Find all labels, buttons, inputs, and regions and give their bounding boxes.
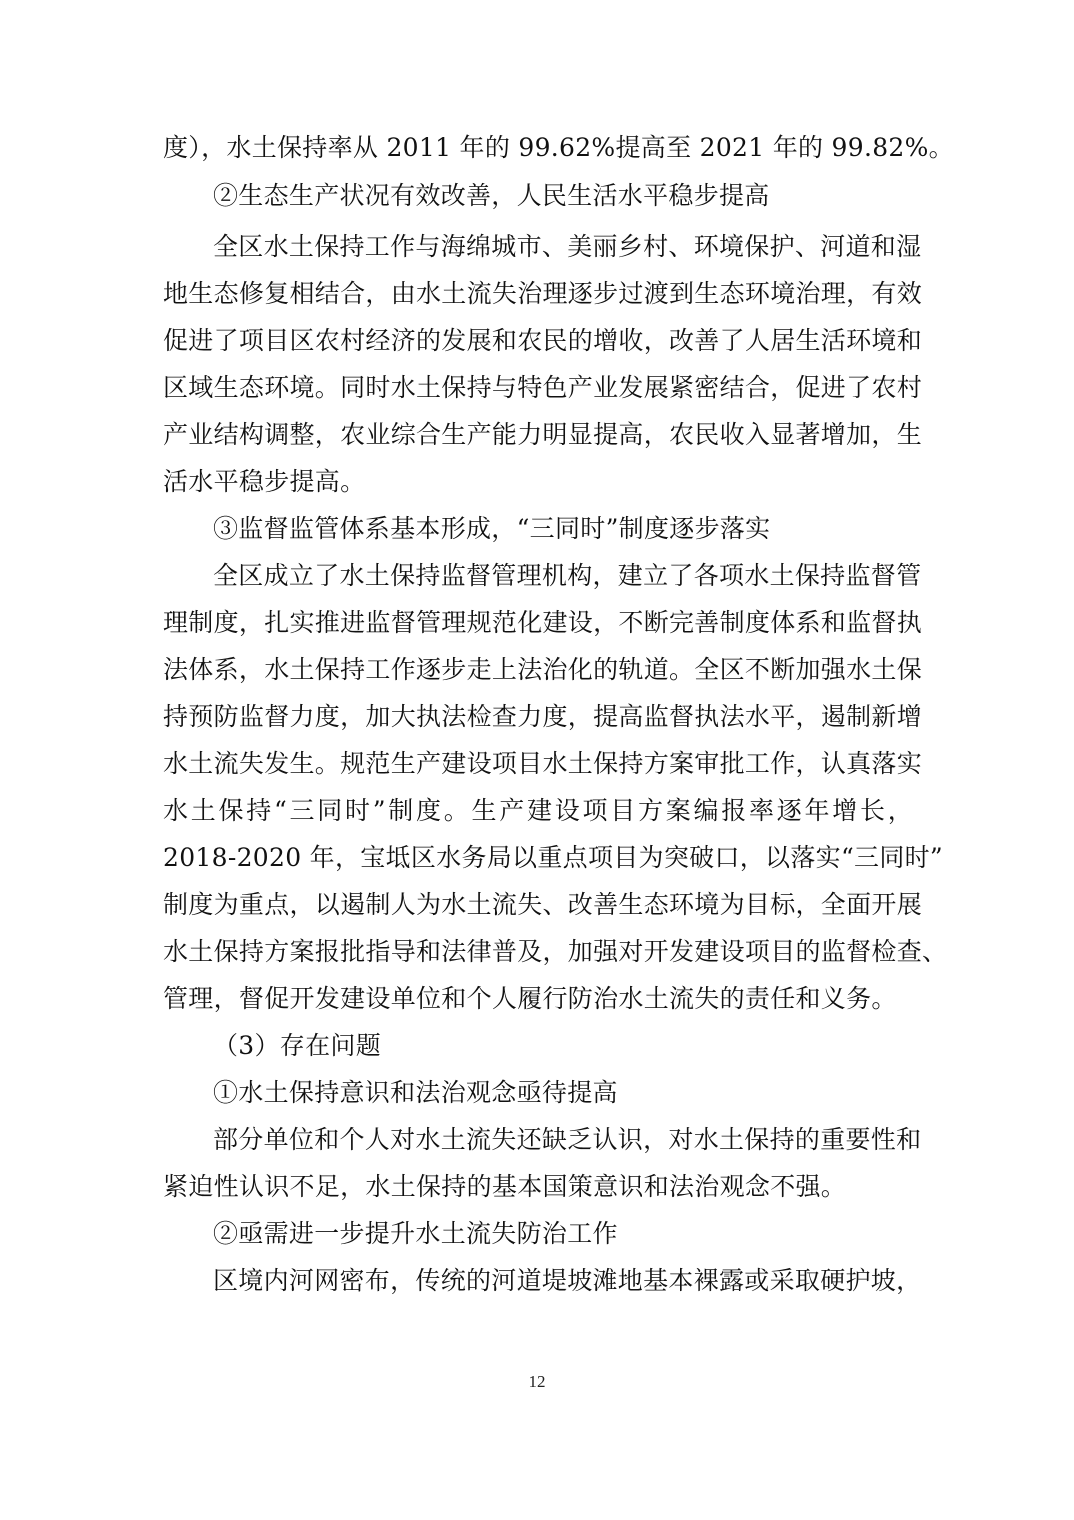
text-line: 产业结构调整，农业综合生产能力明显提高，农民收入显著增加，生 — [163, 415, 913, 455]
text-line: 区域生态环境。同时水土保持与特色产业发展紧密结合，促进了农村 — [163, 368, 913, 408]
document-page: 度），水土保持率从 2011 年的 99.62%提高至 2021 年的 99.8… — [0, 0, 1074, 1520]
text-line: 部分单位和个人对水土流失还缺乏认识，对水土保持的重要性和 — [213, 1120, 913, 1160]
text-line: 理制度，扎实推进监督管理规范化建设，不断完善制度体系和监督执 — [163, 603, 913, 643]
text-line: 度），水土保持率从 2011 年的 99.62%提高至 2021 年的 99.8… — [163, 128, 913, 168]
text-line: 水土保持“三同时”制度。生产建设项目方案编报率逐年增长， — [163, 791, 913, 831]
text-line: 管理，督促开发建设单位和个人履行防治水土流失的责任和义务。 — [163, 979, 913, 1019]
text-line: 全区成立了水土保持监督管理机构，建立了各项水土保持监督管 — [213, 556, 913, 596]
text-line: 法体系，水土保持工作逐步走上法治化的轨道。全区不断加强水土保 — [163, 650, 913, 690]
text-line: 促进了项目区农村经济的发展和农民的增收，改善了人居生活环境和 — [163, 321, 913, 361]
text-line: 持预防监督力度，加大执法检查力度，提高监督执法水平，遏制新增 — [163, 697, 913, 737]
text-line: 地生态修复相结合，由水土流失治理逐步过渡到生态环境治理，有效 — [163, 274, 913, 314]
text-line: 水土流失发生。规范生产建设项目水土保持方案审批工作，认真落实 — [163, 744, 913, 784]
text-line: 区境内河网密布，传统的河道堤坡滩地基本裸露或采取硬护坡， — [213, 1261, 913, 1301]
text-line: 全区水土保持工作与海绵城市、美丽乡村、环境保护、河道和湿 — [213, 227, 913, 267]
text-line: 活水平稳步提高。 — [163, 462, 913, 502]
text-line: 制度为重点，以遏制人为水土流失、改善生态环境为目标，全面开展 — [163, 885, 913, 925]
text-line: 水土保持方案报批指导和法律普及，加强对开发建设项目的监督检查、 — [163, 932, 913, 972]
text-line: ②亟需进一步提升水土流失防治工作 — [213, 1214, 913, 1254]
text-line: 紧迫性认识不足，水土保持的基本国策意识和法治观念不强。 — [163, 1167, 913, 1207]
text-line: ②生态生产状况有效改善，人民生活水平稳步提高 — [213, 176, 913, 216]
text-line: （3）存在问题 — [213, 1026, 913, 1066]
page-number: 12 — [0, 1372, 1074, 1392]
text-line: ①水土保持意识和法治观念亟待提高 — [213, 1073, 913, 1113]
text-line: ③监督监管体系基本形成，“三同时”制度逐步落实 — [213, 509, 913, 549]
text-line: 2018-2020 年，宝坻区水务局以重点项目为突破口，以落实“三同时” — [163, 838, 913, 878]
